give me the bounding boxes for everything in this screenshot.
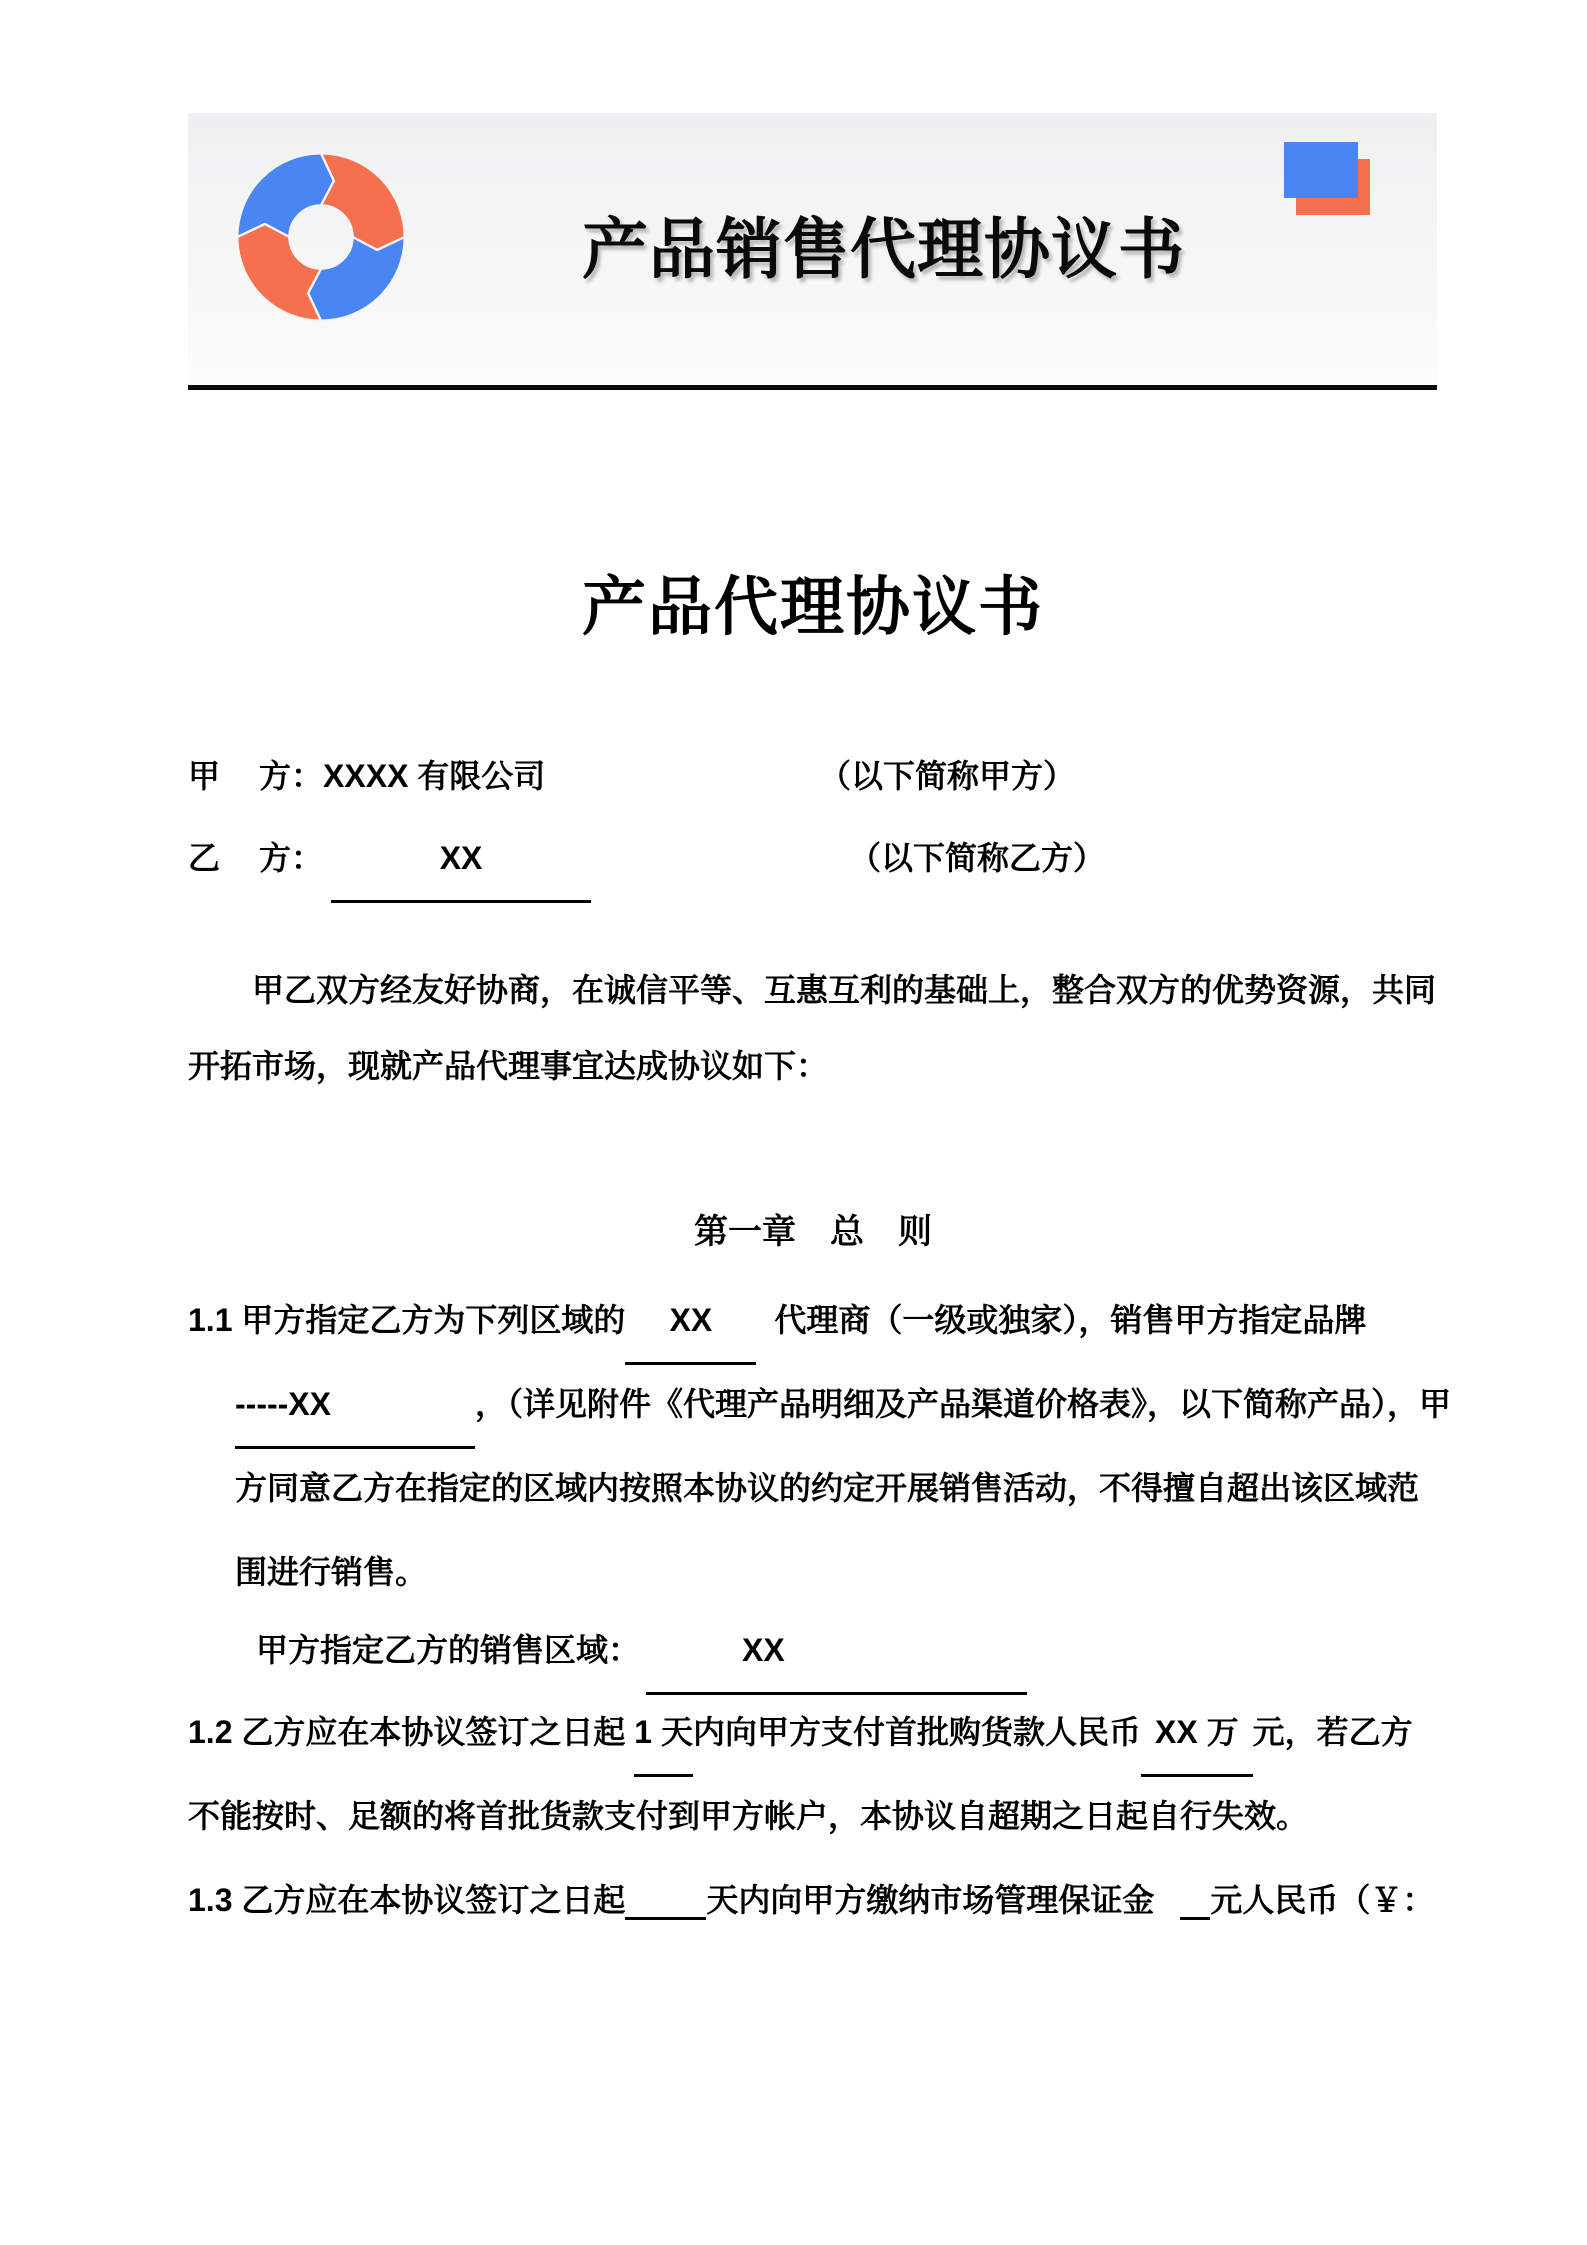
- clause-1-1-text: ，（详见附件《代理产品明细及产品渠道价格表》，以下简称产品），甲: [475, 1386, 1451, 1422]
- sales-region-label: 甲方指定乙方的销售区域：: [256, 1632, 640, 1668]
- blank-value: XX: [742, 1632, 785, 1668]
- party-a-line: 甲方：XXXX 有限公司 （以下简称甲方）: [188, 734, 1438, 818]
- party-a-value: XXXX 有限公司: [323, 758, 545, 794]
- clause-1-2-line-2: 不能按时、足额的将首批货款支付到甲方帐户，本协议自超期之日起自行失效。: [188, 1774, 1438, 1858]
- clause-1-1-line-1: 1.1 甲方指定乙方为下列区域的XX代理商（一级或独家），销售甲方指定品牌: [188, 1278, 1438, 1365]
- party-a-label-colon: 方：: [259, 758, 323, 794]
- fill-in-blank: -----XX: [235, 1362, 475, 1449]
- header-divider-line: [188, 385, 1437, 390]
- chapter-1-heading: 第一章 总 则: [188, 1190, 1438, 1274]
- clause-1-3-text: 元人民币（￥：: [1210, 1882, 1434, 1918]
- fill-in-blank: XX: [331, 816, 591, 903]
- clause-1-1-line-2: -----XX，（详见附件《代理产品明细及产品渠道价格表》，以下简称产品），甲: [188, 1362, 1485, 1449]
- fill-in-value: XX 万: [1141, 1690, 1253, 1777]
- clause-1-3-line-1: 1.3 乙方应在本协议签订之日起天内向甲方缴纳市场管理保证金元人民币（￥：: [188, 1858, 1438, 1942]
- party-b-label-colon: 方：: [259, 840, 323, 876]
- clause-1-2-text: 1.2 乙方应在本协议签订之日起: [188, 1714, 634, 1750]
- clause-1-3-text: 1.3 乙方应在本协议签订之日起: [188, 1882, 625, 1918]
- cycle-arrows-logo-icon: [228, 141, 414, 333]
- fill-in-blank: [625, 1877, 706, 1920]
- clause-1-2-line-1: 1.2 乙方应在本协议签订之日起 1 天内向甲方支付首批购货款人民币XX 万元，…: [188, 1690, 1438, 1777]
- header-banner: 产品销售代理协议书: [188, 113, 1437, 385]
- decor-square-blue: [1284, 142, 1358, 198]
- intro-line-2: 开拓市场，现就产品代理事宜达成协议如下：: [188, 1024, 1438, 1108]
- banner-title: 产品销售代理协议书: [582, 211, 1185, 287]
- party-a-label: 甲: [188, 758, 220, 794]
- intro-line-1: 甲乙双方经友好协商，在诚信平等、互惠互利的基础上，整合双方的优势资源，共同: [188, 948, 1502, 1032]
- party-b-blank-value: XX: [440, 840, 483, 876]
- clause-1-3-text: 天内向甲方缴纳市场管理保证金: [706, 1882, 1154, 1918]
- sales-region-line: 甲方指定乙方的销售区域：XX: [188, 1608, 1506, 1695]
- party-a-note: （以下简称甲方）: [819, 734, 1075, 818]
- clause-1-2-text: 元，若乙方: [1253, 1714, 1413, 1750]
- clause-1-1-line-4: 围进行销售。: [188, 1530, 1485, 1614]
- clause-1-1-line-3: 方同意乙方在指定的区域内按照本协议的约定开展销售活动，不得擅自超出该区域范: [188, 1446, 1485, 1530]
- party-b-label: 乙: [188, 840, 220, 876]
- party-b-line: 乙方：XX （以下简称乙方）: [188, 816, 1438, 903]
- blank-value: XX: [670, 1302, 713, 1338]
- fill-in-blank: XX: [646, 1608, 1027, 1695]
- fill-in-value: 1 天: [634, 1690, 693, 1777]
- clause-1-2-text: 内向甲方支付首批购货款人民币: [693, 1714, 1141, 1750]
- clause-1-1-text: 代理商（一级或独家），销售甲方指定品牌: [774, 1302, 1366, 1338]
- clause-1-1-text: 1.1 甲方指定乙方为下列区域的: [188, 1302, 625, 1338]
- fill-in-blank: XX: [625, 1278, 756, 1365]
- document-title: 产品代理协议书: [188, 565, 1438, 649]
- document-page: 产品销售代理协议书 产品代理协议书 甲方：XXXX 有限公司 （以下简称甲方） …: [0, 0, 1587, 2245]
- fill-in-blank: [1180, 1877, 1210, 1920]
- party-b-note: （以下简称乙方）: [849, 816, 1105, 900]
